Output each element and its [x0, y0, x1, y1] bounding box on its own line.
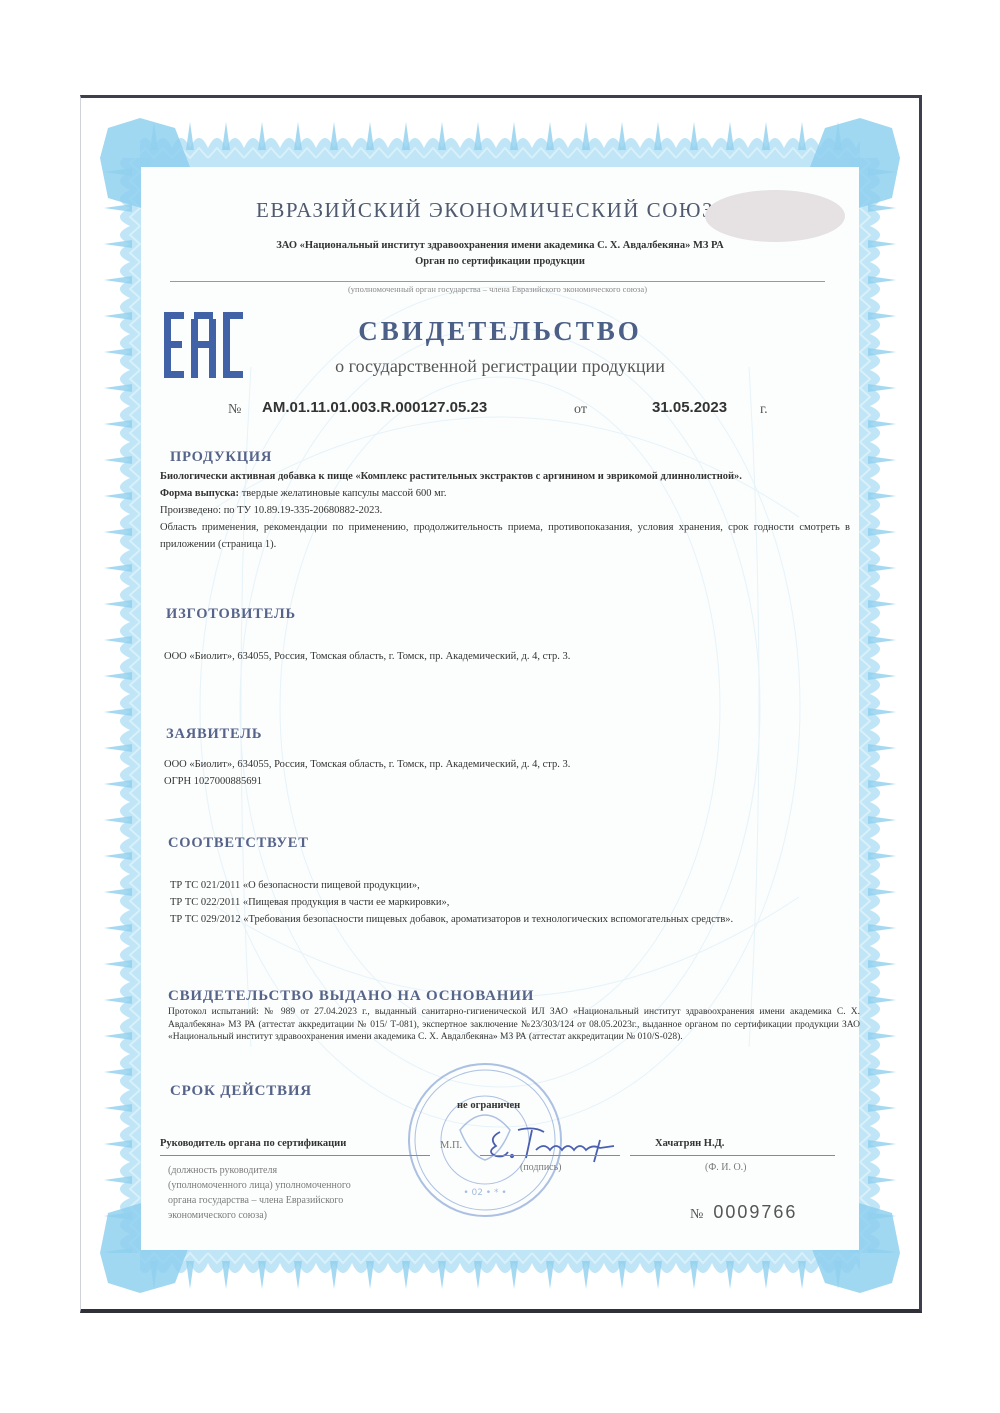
serial-value: 0009766: [713, 1202, 797, 1222]
role-line: [160, 1155, 430, 1156]
role-caption-line: экономического союза): [168, 1208, 438, 1223]
signature-caption: (подпись): [520, 1160, 562, 1175]
conformity-item: ТР ТС 021/2011 «О безопасности пищевой п…: [170, 877, 780, 894]
product-section: Биологически активная добавка к пище «Ко…: [160, 468, 850, 553]
validity-value: не ограничен: [457, 1097, 520, 1114]
year-suffix: г.: [760, 402, 768, 418]
signature-line: [480, 1155, 620, 1156]
conformity-heading: СООТВЕТСТВУЕТ: [168, 835, 309, 852]
product-scope: Область применения, рекомендации по прим…: [160, 519, 850, 553]
role-caption-line: (должность руководителя: [168, 1163, 438, 1178]
conformity-item: ТР ТС 022/2011 «Пищевая продукция в част…: [170, 894, 780, 911]
from-label: от: [574, 402, 587, 418]
applicant-section: ООО «Биолит», 634055, Россия, Томская об…: [164, 756, 844, 790]
certificate-subtitle: о государственной регистрации продукции: [250, 356, 750, 377]
issue-date: 31.05.2023: [652, 399, 727, 416]
number-label: №: [228, 402, 241, 418]
svg-text:• 02 • * •: • 02 • * •: [463, 1188, 506, 1198]
validity-heading: СРОК ДЕЙСТВИЯ: [170, 1083, 312, 1100]
form-label: Форма выпуска:: [160, 488, 239, 499]
stamp-label: М.П.: [440, 1137, 462, 1154]
serial-label: №: [690, 1207, 703, 1222]
basis-text: Протокол испытаний: № 989 от 27.04.2023 …: [168, 1006, 860, 1044]
authority-name: Орган по сертификации продукции: [175, 256, 825, 267]
conformity-list: ТР ТС 021/2011 «О безопасности пищевой п…: [170, 877, 780, 928]
applicant-heading: ЗАЯВИТЕЛЬ: [166, 726, 262, 743]
produced-label: Произведено:: [160, 505, 221, 516]
eac-logo-icon: [164, 312, 244, 378]
name-line: [630, 1155, 835, 1156]
serial-number: №0009766: [690, 1202, 797, 1223]
certificate-title: СВИДЕТЕЛЬСТВО: [250, 316, 750, 347]
institution-name: ЗАО «Национальный институт здравоохранен…: [175, 240, 825, 251]
basis-heading: СВИДЕТЕЛЬСТВО ВЫДАНО НА ОСНОВАНИИ: [168, 988, 534, 1005]
signatory-role: Руководитель органа по сертификации: [160, 1135, 346, 1152]
applicant-address: ООО «Биолит», 634055, Россия, Томская об…: [164, 756, 844, 773]
product-description: Биологически активная добавка к пище «Ко…: [160, 468, 850, 485]
hologram-sticker: [705, 190, 845, 242]
form-value: твердые желатиновые капсулы массой 600 м…: [242, 488, 447, 499]
product-heading: ПРОДУКЦИЯ: [170, 449, 272, 466]
manufacturer-heading: ИЗГОТОВИТЕЛЬ: [166, 606, 296, 623]
produced-value: по ТУ 10.89.19-335-20680882-2023.: [224, 505, 383, 516]
name-caption: (Ф. И. О.): [705, 1160, 747, 1175]
manufacturer-address: ООО «Биолит», 634055, Россия, Томская об…: [164, 648, 844, 665]
role-caption: (должность руководителя (уполномоченного…: [168, 1163, 438, 1223]
header-divider: [170, 281, 825, 282]
role-caption-line: (уполномоченного лица) уполномоченного: [168, 1178, 438, 1193]
signatory-name: Хачатрян Н.Д.: [655, 1135, 724, 1152]
authority-note: (уполномоченный орган государства – член…: [170, 284, 825, 294]
role-caption-line: органа государства – члена Евразийского: [168, 1193, 438, 1208]
conformity-item: ТР ТС 029/2012 «Требования безопасности …: [170, 911, 780, 928]
applicant-ogrn: ОГРН 1027000885691: [164, 773, 844, 790]
registration-number: AM.01.11.01.003.R.000127.05.23: [262, 399, 487, 416]
